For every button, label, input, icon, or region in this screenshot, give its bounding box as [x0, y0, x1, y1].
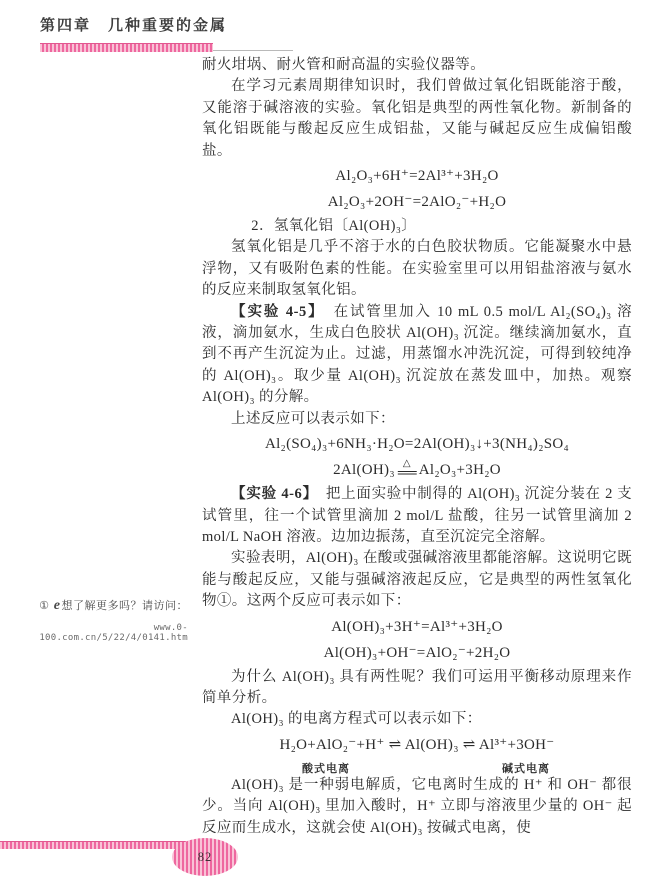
paragraph-continuation: 耐火坩埚、耐火管和耐高温的实验仪器等。 — [202, 55, 632, 76]
base-ionization-label: 碱式电离 — [502, 759, 550, 780]
page-number-badge: 82 — [172, 838, 238, 876]
equation-decomposition: 2Al(OH)₃△══Al₂O₃+3H₂O — [202, 458, 632, 482]
equation-aloh3-acid: Al(OH)₃+3H⁺=Al³⁺+3H₂O — [202, 615, 632, 639]
paragraph-amphoteric-conclusion: 实验表明，Al(OH)₃ 在酸或强碱溶液里都能溶解。这说明它既能与酸起反应，又能… — [202, 548, 632, 612]
paragraph-aloh3-properties: 氢氧化铝是几乎不溶于水的白色胶状物质。它能凝聚水中悬浮物，又有吸附色素的性能。在… — [202, 237, 632, 301]
paragraph-experiment-4-5: 【实验 4-5】 在试管里加入 10 mL 0.5 mol/L Al₂(SO₄)… — [202, 302, 632, 409]
textbook-page: 第四章 几种重要的金属 耐火坩埚、耐火管和耐高温的实验仪器等。 在学习元素周期律… — [0, 0, 650, 893]
margin-note-line: ① e想了解更多吗？请访问： — [26, 597, 188, 614]
paragraph-ionization-intro: Al(OH)₃ 的电离方程式可以表示如下： — [202, 709, 632, 730]
ionization-equation-block: H₂O+AlO₂⁻+H⁺ ⇌ Al(OH)₃ ⇌ Al³⁺+3OH⁻ 酸式电离 … — [202, 733, 632, 775]
ionization-labels: 酸式电离 碱式电离 — [202, 759, 632, 775]
header-ribbon — [40, 43, 213, 52]
paragraph-alumina-intro: 在学习元素周期律知识时，我们曾做过氧化铝既能溶于酸，又能溶于碱溶液的实验。氧化铝… — [202, 76, 632, 162]
footnote-url: www.0-100.com.cn/5/22/4/0141.htm — [26, 623, 188, 643]
paragraph-weak-electrolyte: Al(OH)₃ 是一种弱电解质，它电离时生成的 H⁺ 和 OH⁻ 都很少。当向 … — [202, 775, 632, 839]
equation-decomposition-lhs: 2Al(OH)₃ — [333, 462, 395, 478]
footer-ribbon — [0, 841, 186, 849]
equation-ionization: H₂O+AlO₂⁻+H⁺ ⇌ Al(OH)₃ ⇌ Al³⁺+3OH⁻ — [202, 733, 632, 757]
page-number: 82 — [198, 850, 213, 865]
equation-precipitation: Al₂(SO₄)₃+6NH₃·H₂O=2Al(OH)₃↓+3(NH₄)₂SO₄ — [202, 432, 632, 456]
delta-over-equals: △══ — [398, 459, 416, 479]
subheading-aluminum-hydroxide: 2．氢氧化铝〔Al(OH)₃〕 — [202, 216, 632, 237]
paragraph-why-amphoteric: 为什么 Al(OH)₃ 具有两性呢？我们可运用平衡移动原理来作简单分析。 — [202, 667, 632, 710]
experiment-4-6-label: 【实验 4-6】 — [231, 486, 311, 502]
paragraph-experiment-4-6: 【实验 4-6】 把上面实验中制得的 Al(OH)₃ 沉淀分装在 2 支试管里，… — [202, 484, 632, 548]
main-text-column: 耐火坩埚、耐火管和耐高温的实验仪器等。 在学习元素周期律知识时，我们曾做过氧化铝… — [202, 55, 632, 839]
equation-aloh3-base: Al(OH)₃+OH⁻=AlO₂⁻+2H₂O — [202, 641, 632, 665]
equation-al2o3-acid: Al₂O₃+6H⁺=2Al³⁺+3H₂O — [202, 164, 632, 188]
margin-note-text: 想了解更多吗？请访问： — [62, 600, 189, 612]
equals-line: ══ — [398, 468, 416, 479]
e-learning-logo: e — [54, 598, 61, 613]
margin-note: ① e想了解更多吗？请访问： www.0-100.com.cn/5/22/4/0… — [26, 597, 188, 643]
equation-decomposition-rhs: Al₂O₃+3H₂O — [419, 462, 501, 478]
footnote-marker: ① — [39, 600, 53, 612]
acid-ionization-label: 酸式电离 — [302, 759, 350, 780]
header-rule — [213, 50, 293, 51]
chapter-title: 第四章 几种重要的金属 — [40, 14, 227, 35]
experiment-4-5-label: 【实验 4-5】 — [231, 304, 317, 320]
equation-al2o3-base: Al₂O₃+2OH⁻=2AlO₂⁻+H₂O — [202, 190, 632, 214]
paragraph-reactions-intro: 上述反应可以表示如下： — [202, 409, 632, 430]
